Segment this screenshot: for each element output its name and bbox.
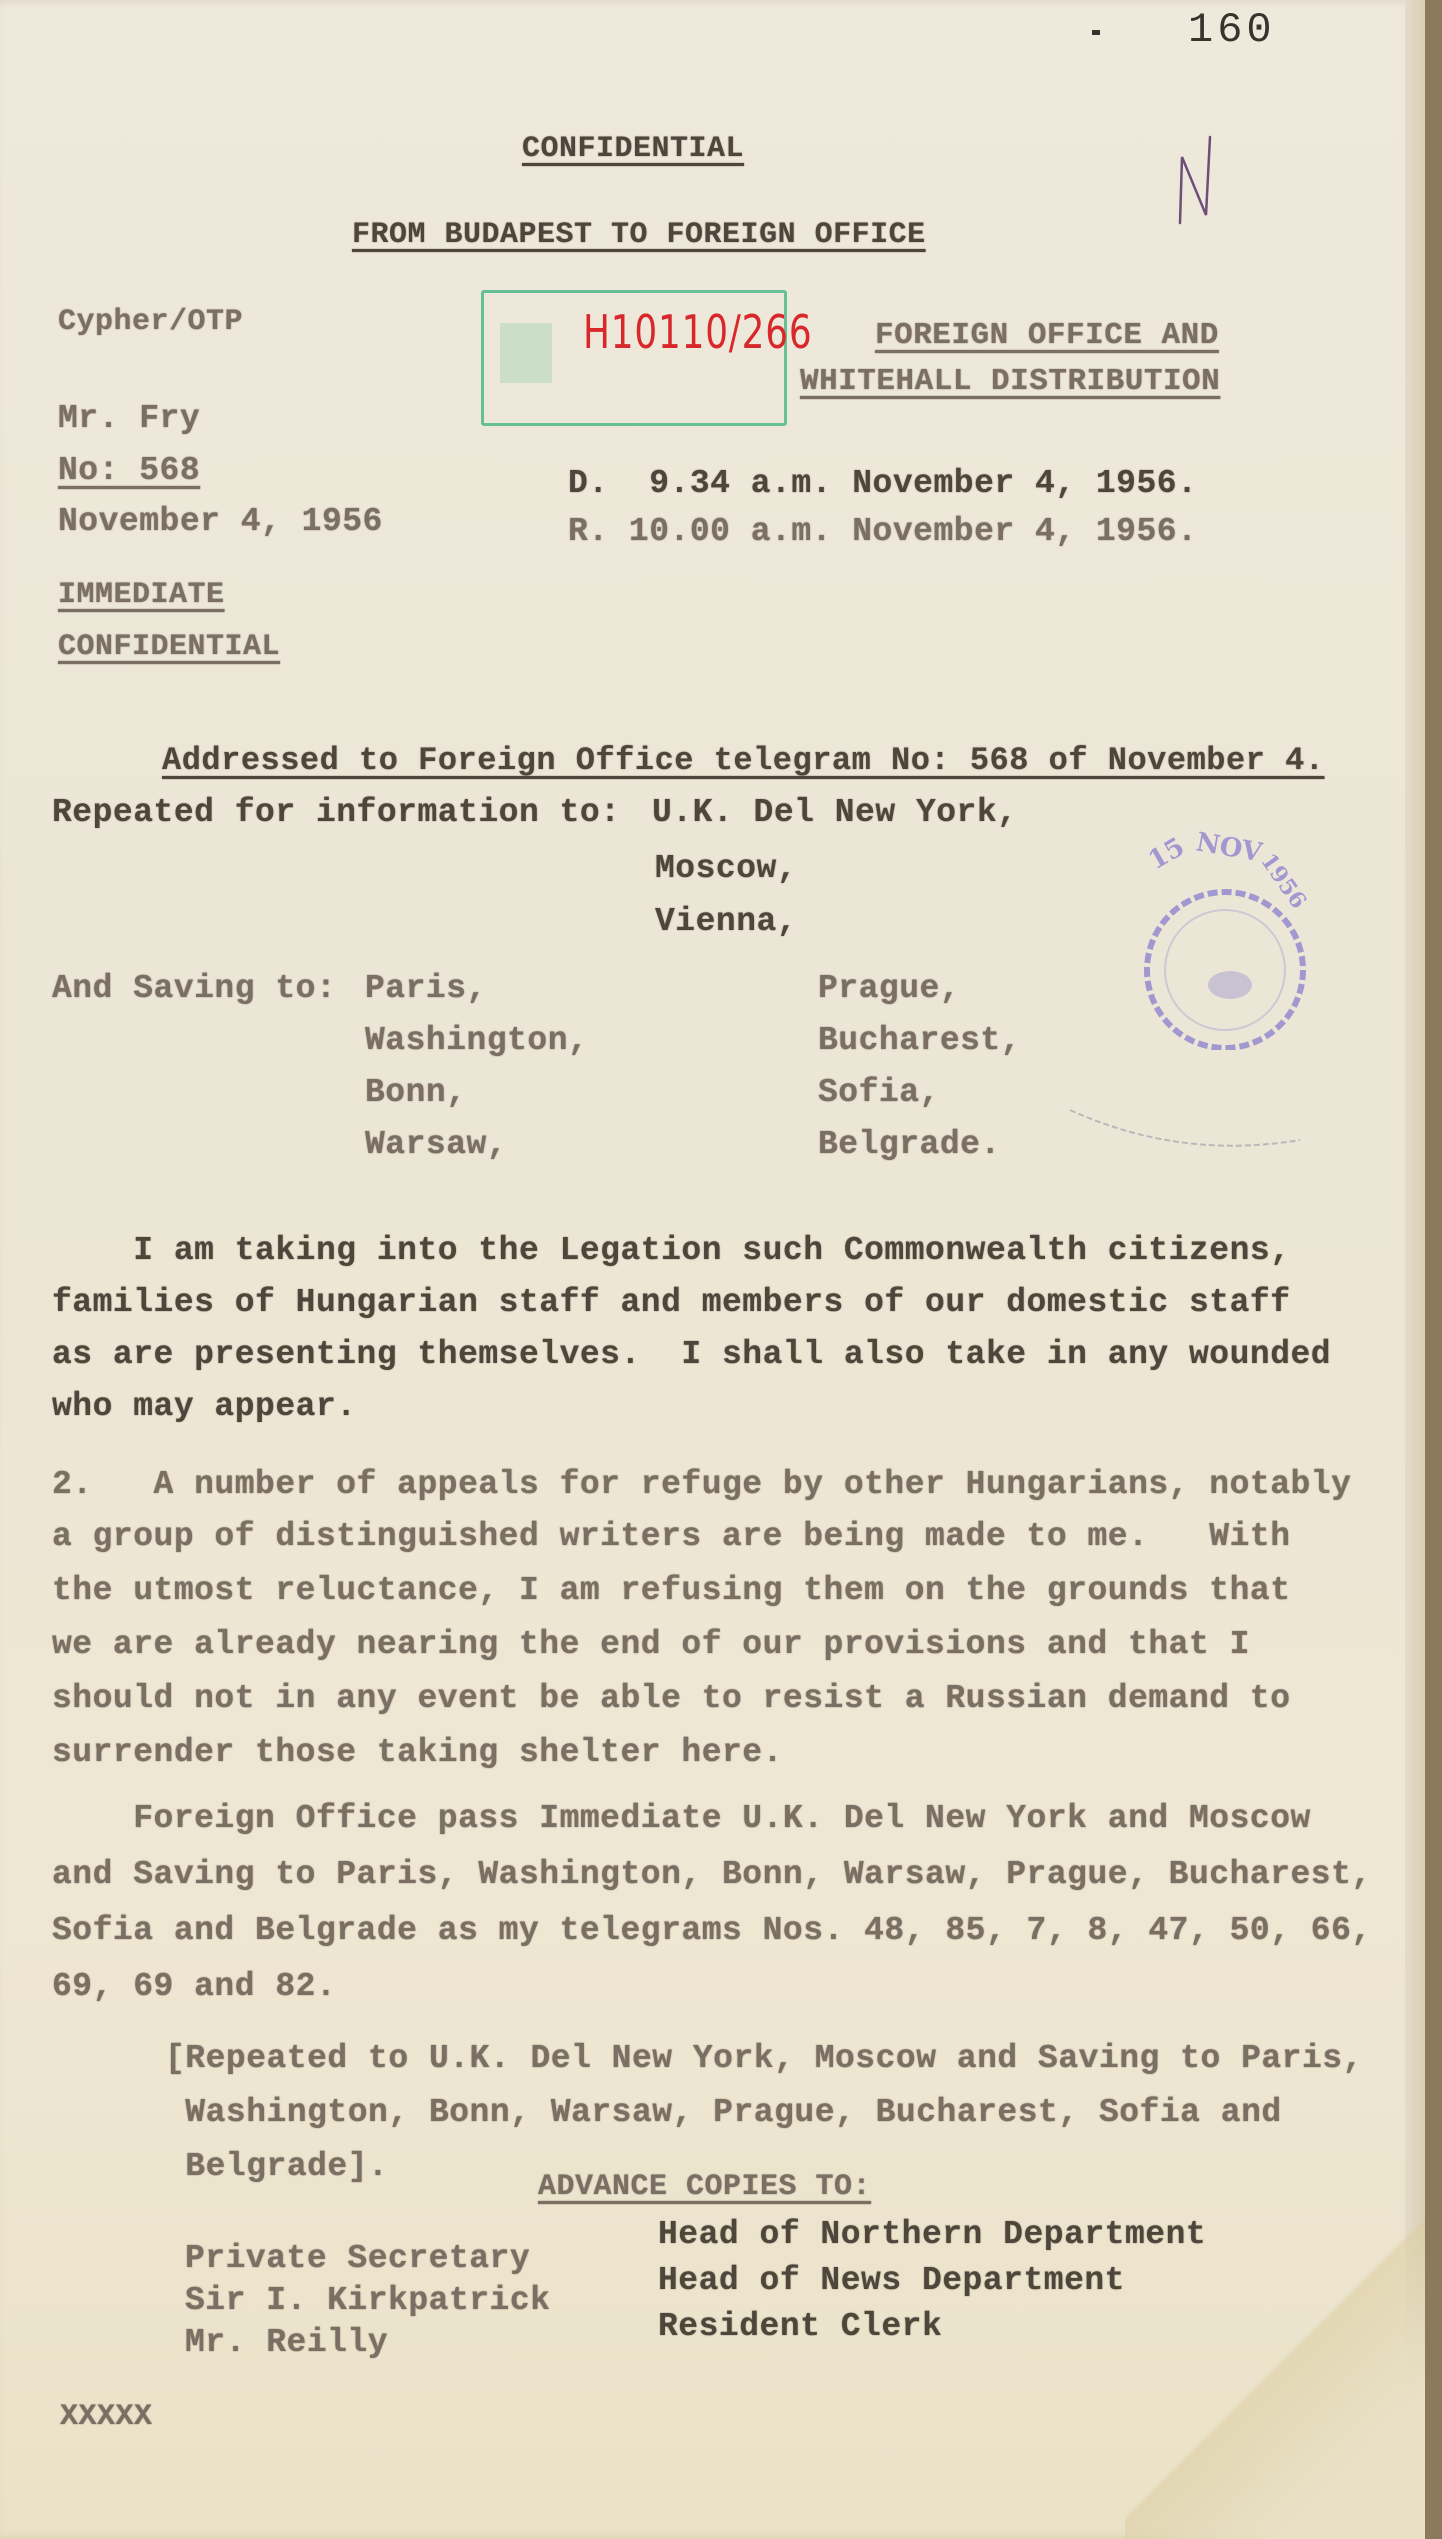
para2-line1: 2. A number of appeals for refuge by oth… <box>52 1466 1351 1503</box>
document-page: 160 CONFIDENTIAL FROM BUDAPEST TO FOREIG… <box>0 0 1425 2539</box>
folio-dash <box>1092 30 1100 35</box>
repeated-note-line2: Washington, Bonn, Warsaw, Prague, Buchar… <box>165 2094 1282 2131</box>
saving-col1-2: Washington, <box>365 1022 588 1059</box>
addressed-line: Addressed to Foreign Office telegram No:… <box>162 742 1324 779</box>
para2-line5: should not in any event be able to resis… <box>52 1680 1291 1717</box>
folio-number: 160 <box>1188 6 1276 54</box>
received-date-stamp: 15 NOV 1956 <box>1120 820 1340 1050</box>
para1-line2: families of Hungarian staff and members … <box>52 1284 1291 1321</box>
page-fold-shadow <box>1125 2119 1425 2539</box>
saving-col1-3: Bonn, <box>365 1074 467 1111</box>
sender: Mr. Fry <box>58 400 200 437</box>
distribution-line-1: FOREIGN OFFICE AND <box>875 318 1219 353</box>
para3-line2: and Saving to Paris, Washington, Bonn, W… <box>52 1856 1372 1893</box>
classification-label: CONFIDENTIAL <box>58 630 280 664</box>
repeated-label: Repeated for information to: <box>52 794 621 831</box>
repeated-to-2: Moscow, <box>655 850 797 887</box>
para2-line3: the utmost reluctance, I am refusing the… <box>52 1572 1291 1609</box>
telegram-date: November 4, 1956 <box>58 503 383 540</box>
para1-line1: I am taking into the Legation such Commo… <box>52 1232 1291 1269</box>
saving-col2-3: Sofia, <box>818 1074 940 1111</box>
saving-col1-4: Warsaw, <box>365 1126 507 1163</box>
advance-left-1: Private Secretary <box>185 2240 530 2277</box>
repeated-note-line1: [Repeated to U.K. Del New York, Moscow a… <box>165 2040 1363 2077</box>
despatched-time: D. 9.34 a.m. November 4, 1956. <box>568 465 1197 502</box>
saving-label: And Saving to: <box>52 970 336 1007</box>
repeated-note-line3: Belgrade]. <box>165 2148 388 2185</box>
para2-line6: surrender those taking shelter here. <box>52 1734 783 1771</box>
stamp-ghost-mark <box>500 323 552 383</box>
underlying-page-edge <box>1405 0 1425 2539</box>
advance-right-2: Head of News Department <box>658 2262 1125 2299</box>
route-heading: FROM BUDAPEST TO FOREIGN OFFICE <box>352 218 926 252</box>
handwritten-n-mark <box>1176 135 1216 225</box>
advance-copies-heading: ADVANCE COPIES TO: <box>538 2170 871 2204</box>
para2-line4: we are already nearing the end of our pr… <box>52 1626 1250 1663</box>
stamp-day: 15 <box>1144 832 1190 876</box>
advance-right-1: Head of Northern Department <box>658 2216 1206 2253</box>
distribution-line-2: WHITEHALL DISTRIBUTION <box>800 364 1220 399</box>
para3-line4: 69, 69 and 82. <box>52 1968 336 2005</box>
para3-line1: Foreign Office pass Immediate U.K. Del N… <box>52 1800 1311 1837</box>
para1-line3: as are presenting themselves. I shall al… <box>52 1336 1331 1373</box>
saving-col2-2: Bucharest, <box>818 1022 1021 1059</box>
received-time: R. 10.00 a.m. November 4, 1956. <box>568 513 1197 550</box>
end-mark: XXXXX <box>60 2400 153 2434</box>
para3-line3: Sofia and Belgrade as my telegrams Nos. … <box>52 1912 1372 1949</box>
saving-col1-1: Paris, <box>365 970 487 1007</box>
para1-line4: who may appear. <box>52 1388 357 1425</box>
reference-number: H10110/266 <box>583 305 813 359</box>
telegram-number: No: 568 <box>58 452 200 489</box>
advance-left-3: Mr. Reilly <box>185 2324 388 2361</box>
stamp-month: NOV <box>1194 827 1265 868</box>
classification-heading: CONFIDENTIAL <box>522 132 744 166</box>
repeated-to-1: U.K. Del New York, <box>652 794 1017 831</box>
faint-arc-mark <box>1060 1100 1320 1160</box>
saving-col2-1: Prague, <box>818 970 960 1007</box>
cipher-label: Cypher/OTP <box>58 305 243 339</box>
advance-right-3: Resident Clerk <box>658 2308 942 2345</box>
priority-label: IMMEDIATE <box>58 578 225 612</box>
repeated-to-3: Vienna, <box>655 903 797 940</box>
advance-left-2: Sir I. Kirkpatrick <box>185 2282 550 2319</box>
para2-line2: a group of distinguished writers are bei… <box>52 1518 1291 1555</box>
saving-col2-4: Belgrade. <box>818 1126 1001 1163</box>
